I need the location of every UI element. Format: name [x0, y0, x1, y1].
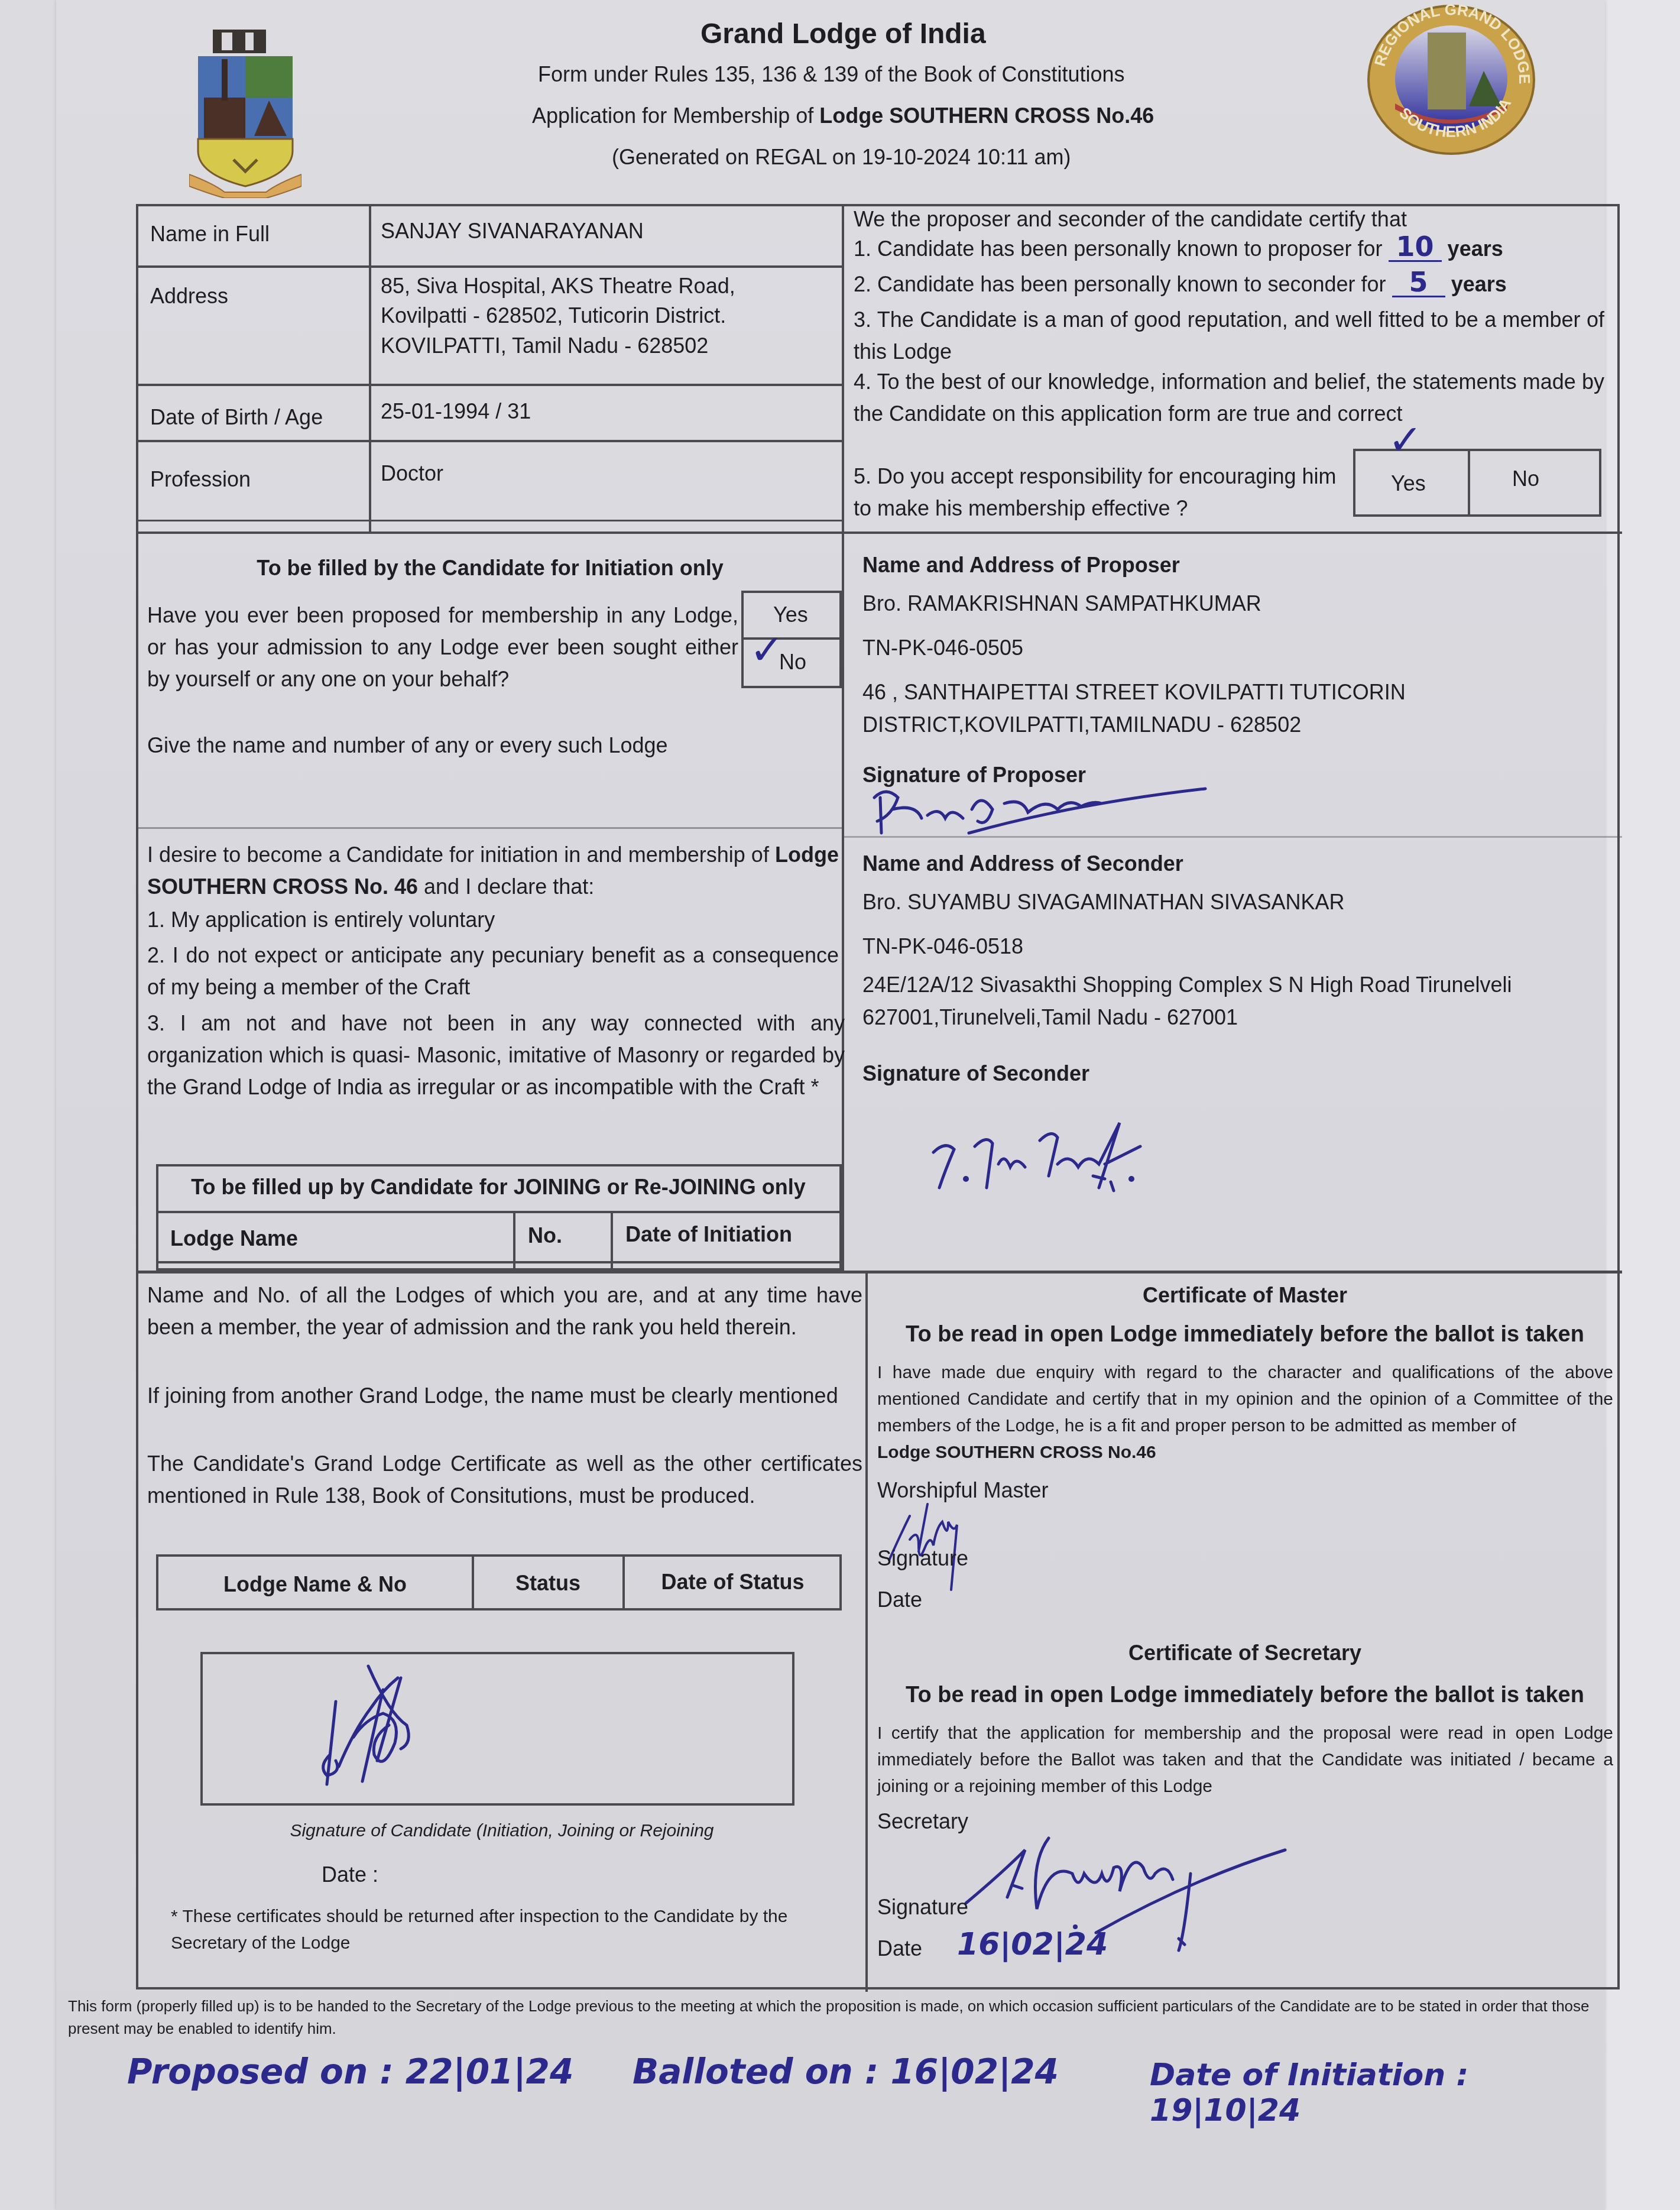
- certification-item-1: 1. Candidate has been personally known t…: [854, 233, 1610, 265]
- seconder-signature: [922, 1111, 1229, 1197]
- seconder-years-value[interactable]: 5: [1392, 268, 1445, 297]
- responsibility-yes-option[interactable]: Yes: [1391, 468, 1426, 500]
- master-date-label: Date: [877, 1584, 922, 1616]
- lodges-para-1: Name and No. of all the Lodges of which …: [147, 1279, 862, 1343]
- column-divider: [611, 1211, 613, 1270]
- seconder-id: TN-PK-046-0518: [862, 931, 1023, 963]
- grand-lodge-crest-logo: [189, 27, 301, 198]
- lodges-col-status: Status: [474, 1567, 622, 1599]
- seconder-name: Bro. SUYAMBU SIVAGAMINATHAN SIVASANKAR: [862, 886, 1345, 918]
- application-form-page: Grand Lodge of India Form under Rules 13…: [56, 0, 1605, 2210]
- initiation-question: Have you ever been proposed for membersh…: [147, 600, 738, 695]
- section-divider: [138, 827, 842, 829]
- item-1-text: 1. Candidate has been personally known t…: [854, 236, 1383, 261]
- joining-col-lodge-name: Lodge Name: [170, 1223, 298, 1255]
- declaration-2: 2. I do not expect or anticipate any pec…: [147, 939, 839, 1003]
- certificates-footnote: * These certificates should be returned …: [171, 1903, 851, 1956]
- certification-item-5: 5. Do you accept responsibility for enco…: [854, 461, 1338, 524]
- date-of-initiation-note: Date of Initiation : 19|10|24: [1150, 2057, 1605, 2128]
- seconder-signature-label: Signature of Seconder: [862, 1058, 1089, 1090]
- certification-intro: We the proposer and seconder of the cand…: [854, 203, 1598, 235]
- joining-table-heading: To be filled up by Candidate for JOINING…: [158, 1171, 838, 1203]
- joining-table: To be filled up by Candidate for JOINING…: [156, 1164, 842, 1271]
- application-line: Application for Membership of Lodge SOUT…: [532, 103, 1154, 128]
- declaration-prefix: I desire to become a Candidate for initi…: [147, 842, 775, 867]
- row-divider: [138, 520, 842, 521]
- candidate-signature-box[interactable]: [200, 1652, 794, 1806]
- center-divider-top: [842, 206, 844, 1271]
- rules-line: Form under Rules 135, 136 & 139 of the B…: [538, 62, 1125, 87]
- worshipful-master-label: Worshipful Master: [877, 1475, 1048, 1506]
- master-signature-label: Signature: [877, 1543, 968, 1574]
- certification-item-2: 2. Candidate has been personally known t…: [854, 268, 1610, 300]
- table-divider: [158, 1211, 839, 1213]
- row-divider: [138, 265, 842, 268]
- address-line: KOVILPATTI, Tamil Nadu - 628502: [381, 331, 735, 361]
- form-grid: Name in Full SANJAY SIVANARAYANAN Addres…: [136, 204, 1620, 1989]
- application-lodge: Lodge SOUTHERN CROSS No.46: [819, 103, 1154, 128]
- checkmark-icon: ✓: [750, 626, 784, 674]
- regional-grand-lodge-seal-logo: REGIONAL GRAND LODGE SOUTHERN INDIA: [1357, 3, 1546, 160]
- footer-note: This form (properly filled up) is to be …: [68, 1995, 1593, 2040]
- lodges-table: Lodge Name & No Status Date of Status: [156, 1554, 842, 1610]
- lodges-para-2: If joining from another Grand Lodge, the…: [147, 1380, 862, 1412]
- seconder-address-line-2: 627001,Tirunelveli,Tamil Nadu - 627001: [862, 1002, 1238, 1033]
- proposer-address-line-2: DISTRICT,KOVILPATTI,TAMILNADU - 628502: [862, 709, 1301, 741]
- application-prefix: Application for Membership of: [532, 103, 819, 128]
- candidate-date-label: Date :: [322, 1859, 378, 1891]
- give-lodge-name-prompt: Give the name and number of any or every…: [147, 730, 668, 761]
- generated-line: (Generated on REGAL on 19-10-2024 10:11 …: [612, 145, 1071, 170]
- years-label: years: [1448, 236, 1503, 261]
- candidate-signature: [318, 1666, 472, 1793]
- proposer-id: TN-PK-046-0505: [862, 632, 1023, 664]
- secretary-certificate-title: Certificate of Secretary: [868, 1637, 1622, 1669]
- responsibility-yes-no-box: Yes No ✓: [1353, 449, 1601, 517]
- master-certificate-subtitle: To be read in open Lodge immediately bef…: [868, 1318, 1622, 1352]
- initiation-yes-no-box: Yes No ✓: [741, 591, 842, 688]
- profession-label: Profession: [150, 464, 251, 495]
- checkmark-icon: ✓: [1388, 416, 1423, 464]
- name-value: SANJAY SIVANARAYANAN: [381, 215, 644, 247]
- secretary-date-value[interactable]: 16|02|24: [957, 1927, 1108, 1962]
- section-divider: [138, 1271, 1622, 1273]
- declaration-3: 3. I am not and have not been in any way…: [147, 1007, 845, 1103]
- balloted-on-note: Balloted on : 16|02|24: [633, 2052, 1059, 2092]
- secretary-certificate-subtitle: To be read in open Lodge immediately bef…: [868, 1678, 1622, 1712]
- address-label: Address: [150, 280, 228, 312]
- seconder-address-line-1: 24E/12A/12 Sivasakthi Shopping Complex S…: [862, 969, 1512, 1001]
- proposer-name: Bro. RAMAKRISHNAN SAMPATHKUMAR: [862, 588, 1261, 620]
- secretary-date-label: Date: [877, 1933, 922, 1965]
- proposer-heading: Name and Address of Proposer: [862, 549, 1180, 581]
- row-divider: [138, 440, 842, 442]
- section-divider: [138, 532, 1622, 534]
- item-2-text: 2. Candidate has been personally known t…: [854, 272, 1386, 296]
- column-divider: [513, 1211, 515, 1270]
- lodges-col-name-no: Lodge Name & No: [158, 1569, 472, 1600]
- label-divider: [369, 206, 371, 532]
- dob-label: Date of Birth / Age: [150, 401, 323, 433]
- form-title: Grand Lodge of India: [700, 18, 986, 50]
- lodges-para-3: The Candidate's Grand Lodge Certificate …: [147, 1448, 862, 1512]
- years-label: years: [1451, 272, 1507, 296]
- proposed-on-note: Proposed on : 22|01|24: [127, 2052, 573, 2092]
- declaration-1: 1. My application is entirely voluntary: [147, 904, 495, 936]
- proposer-years-value[interactable]: 10: [1389, 233, 1442, 262]
- section-divider: [844, 836, 1622, 838]
- background-left: [0, 0, 59, 2210]
- master-certificate-lodge: Lodge SOUTHERN CROSS No.46: [877, 1439, 1156, 1466]
- center-divider-bottom: [865, 1271, 868, 1992]
- address-line: Kovilpatti - 628502, Tuticorin District.: [381, 301, 735, 330]
- secretary-signature-label: Signature: [877, 1891, 968, 1923]
- certification-item-4: 4. To the best of our knowledge, informa…: [854, 366, 1604, 430]
- name-label: Name in Full: [150, 218, 270, 250]
- address-value: 85, Siva Hospital, AKS Theatre Road, Kov…: [381, 271, 735, 361]
- secretary-certificate-body: I certify that the application for membe…: [877, 1720, 1613, 1800]
- joining-col-no: No.: [528, 1220, 562, 1252]
- profession-value: Doctor: [381, 458, 443, 490]
- master-certificate-title: Certificate of Master: [868, 1279, 1622, 1311]
- declaration-intro: I desire to become a Candidate for initi…: [147, 839, 839, 903]
- declaration-suffix: and I declare that:: [418, 874, 594, 899]
- row-divider: [138, 384, 842, 386]
- certification-item-3: 3. The Candidate is a man of good reputa…: [854, 304, 1604, 368]
- proposer-signature: [868, 786, 1211, 842]
- yes-no-divider: [1468, 451, 1470, 514]
- responsibility-no-option[interactable]: No: [1512, 463, 1539, 495]
- master-certificate-body: I have made due enquiry with regard to t…: [877, 1359, 1613, 1439]
- dob-value: 25-01-1994 / 31: [381, 396, 531, 427]
- seconder-heading: Name and Address of Seconder: [862, 848, 1183, 880]
- candidate-signature-caption: Signature of Candidate (Initiation, Join…: [138, 1817, 865, 1844]
- initiation-heading: To be filled by the Candidate for Initia…: [138, 552, 842, 584]
- table-divider: [158, 1261, 839, 1263]
- address-line: 85, Siva Hospital, AKS Theatre Road,: [381, 271, 735, 301]
- joining-col-date-of-initiation: Date of Initiation: [625, 1219, 792, 1250]
- lodges-col-date-of-status: Date of Status: [625, 1566, 841, 1598]
- proposer-address-line-1: 46 , SANTHAIPETTAI STREET KOVILPATTI TUT…: [862, 676, 1406, 708]
